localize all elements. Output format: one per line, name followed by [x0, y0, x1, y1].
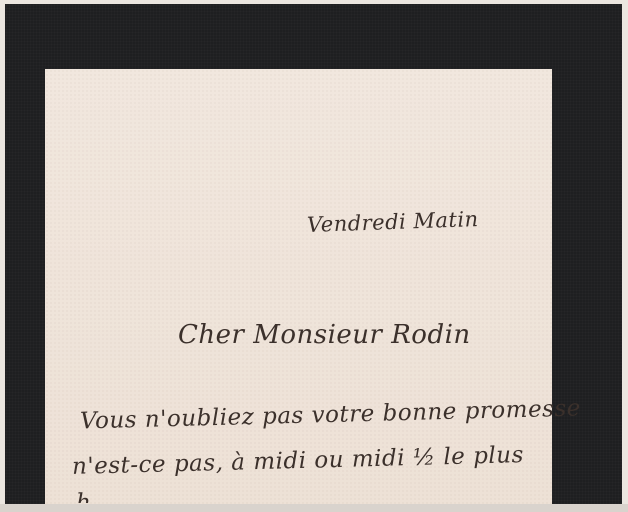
letter-salutation: Cher Monsieur Rodin [178, 320, 471, 350]
bottom-edge [0, 504, 628, 512]
letter-paper [45, 69, 552, 506]
